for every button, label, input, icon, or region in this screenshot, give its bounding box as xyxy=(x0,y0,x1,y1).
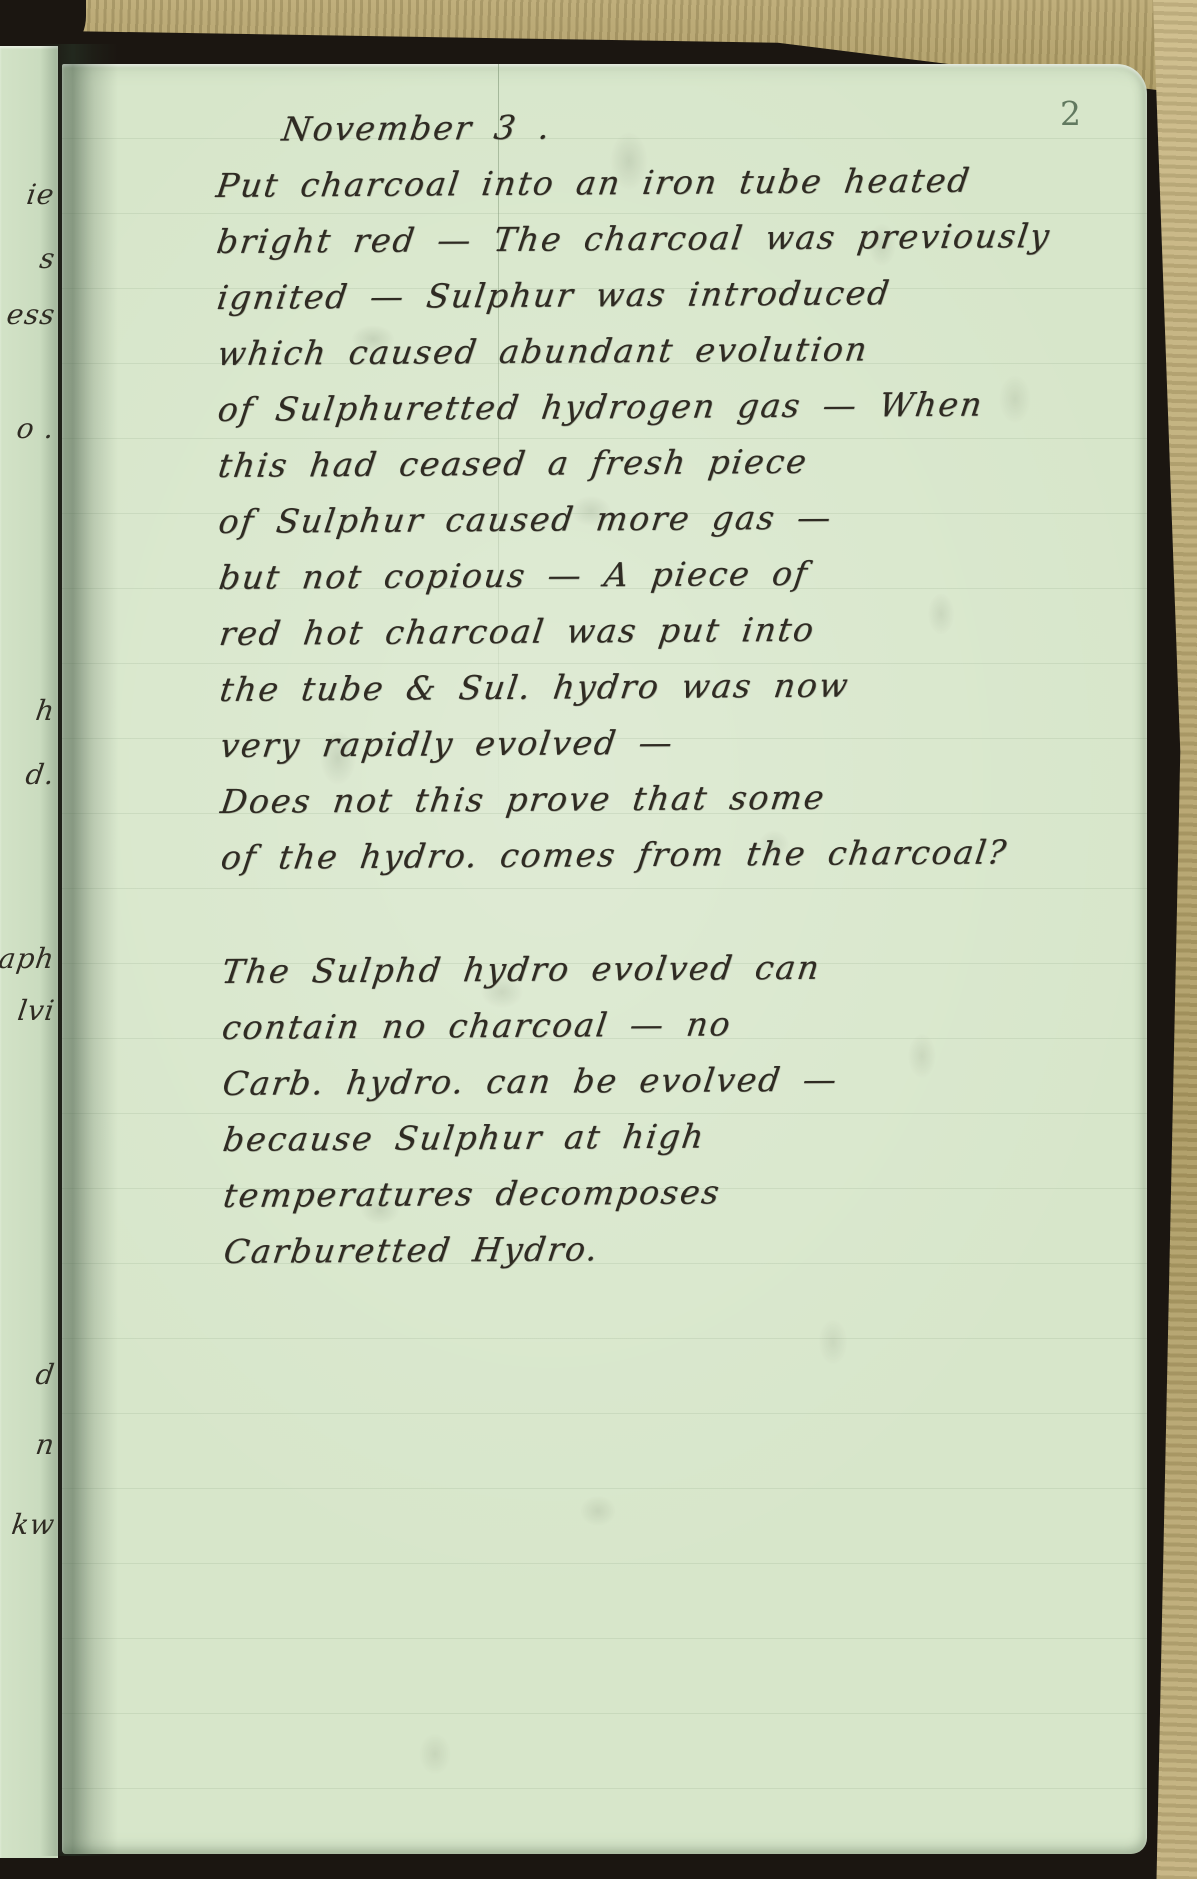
manuscript-line: this had ceased a fresh piece xyxy=(215,431,1172,494)
manuscript-line: Carburetted Hydro. xyxy=(220,1217,1177,1280)
facing-page-text-fragment: d. xyxy=(24,758,57,791)
manuscript-line: of the hydro. comes from the charcoal? xyxy=(217,823,1174,886)
manuscript-line: The Sulphd hydro evolved can xyxy=(218,937,1175,1000)
manuscript-line: contain no charcoal — no xyxy=(219,993,1176,1056)
facing-page-edge: iesesso .hd.aphlvidnkw xyxy=(0,46,58,1858)
manuscript-line: Put charcoal into an iron tube heated xyxy=(213,151,1170,214)
facing-page-text-fragment: o . xyxy=(15,412,57,445)
manuscript-line: very rapidly evolved — xyxy=(217,711,1174,774)
manuscript-line: ignited — Sulphur was introduced xyxy=(214,263,1171,326)
facing-page-text-fragment: s xyxy=(37,242,57,275)
facing-page-text-fragment: lvi xyxy=(16,994,57,1027)
facing-page-text-fragment: h xyxy=(34,694,58,727)
manuscript-line: temperatures decomposes xyxy=(220,1161,1177,1224)
notebook-page: 2 November 3 . Put charcoal into an iron… xyxy=(62,64,1147,1854)
manuscript-line: red hot charcoal was put into xyxy=(216,599,1173,662)
manuscript-line: the tube & Sul. hydro was now xyxy=(216,655,1173,718)
manuscript-line: Carb. hydro. can be evolved — xyxy=(219,1049,1176,1112)
manuscript-line: of Sulphuretted hydrogen gas — When xyxy=(214,375,1171,438)
facing-page-text-fragment: aph xyxy=(0,942,57,975)
manuscript-scan: iesesso .hd.aphlvidnkw 2 November 3 . Pu… xyxy=(0,0,1197,1879)
manuscript-line: which caused abundant evolution xyxy=(214,319,1171,382)
manuscript-line: bright red — The charcoal was previously xyxy=(213,207,1170,270)
manuscript-line: because Sulphur at high xyxy=(219,1105,1176,1168)
entry-date-heading: November 3 . xyxy=(278,95,1169,157)
facing-page-text-fragment: n xyxy=(34,1428,58,1461)
manuscript-text: November 3 . Put charcoal into an iron t… xyxy=(212,95,1170,1280)
facing-page-text-fragment: ess xyxy=(4,298,57,331)
manuscript-line: of Sulphur caused more gas — xyxy=(215,487,1172,550)
manuscript-line: but not copious — A piece of xyxy=(216,543,1173,606)
facing-page-text-fragment: kw xyxy=(10,1508,58,1541)
facing-page-text-fragment: d xyxy=(34,1358,58,1391)
paragraph-2: The Sulphd hydro evolved cancontain no c… xyxy=(218,937,1170,1280)
manuscript-line: Does not this prove that some xyxy=(217,767,1174,830)
facing-page-text-fragment: ie xyxy=(25,178,57,211)
paragraph-1: Put charcoal into an iron tube heatedbri… xyxy=(212,151,1167,886)
